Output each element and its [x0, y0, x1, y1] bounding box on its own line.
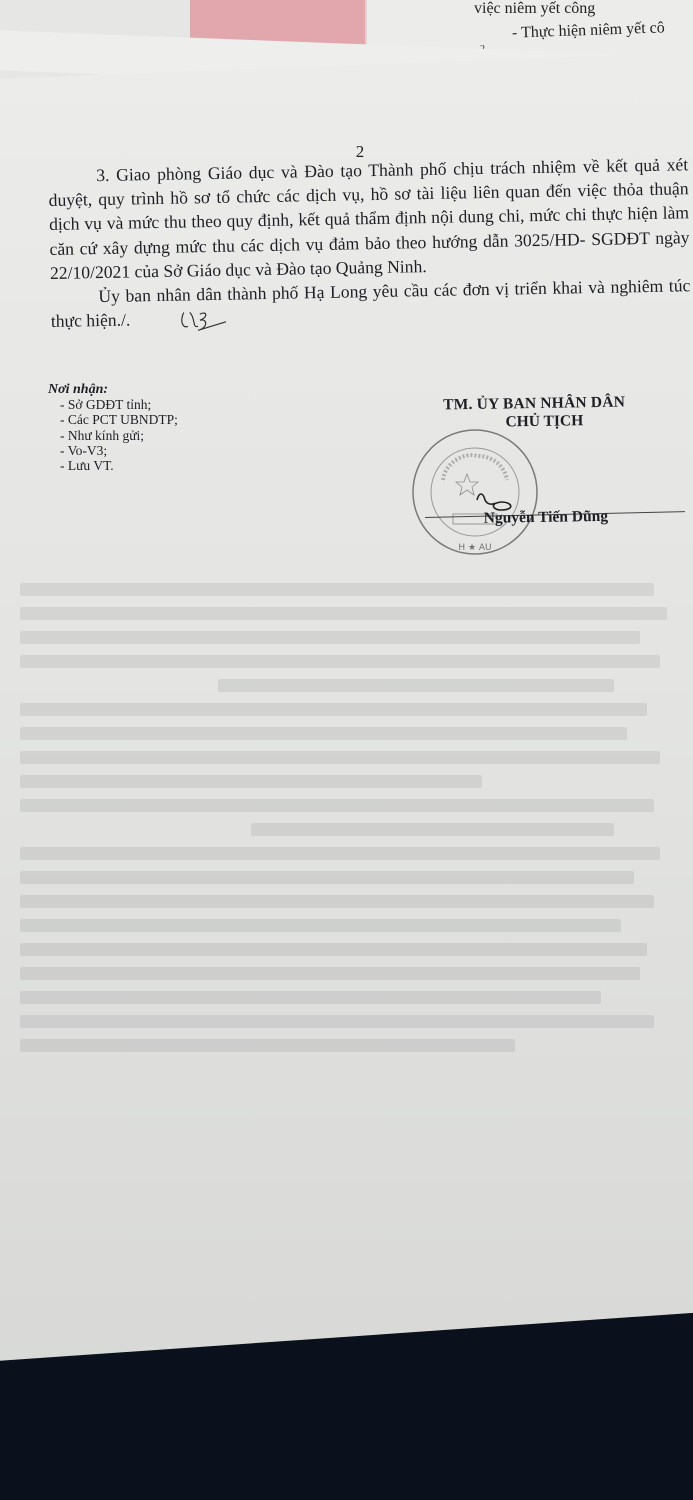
body-text: 3. Giao phòng Giáo dục và Đào tạo Thành … — [48, 152, 691, 335]
document-page: 2 3. Giao phòng Giáo dục và Đào tạo Thàn… — [0, 52, 693, 1382]
recipient-item: - Các PCT UBNDTP; — [48, 412, 178, 427]
closing-paragraph: Ủy ban nhân dân thành phố Hạ Long yêu cầ… — [50, 273, 691, 335]
initials-signature-icon — [130, 309, 180, 334]
recipients-title: Nơi nhận: — [48, 382, 178, 397]
signature-block: TM. ỦY BAN NHÂN DÂN CHỦ TỊCH Nguyễn Tiến… — [404, 393, 666, 529]
show-through-text — [20, 572, 680, 1192]
back-sheet-line: việc niêm yết công — [474, 0, 595, 18]
recipient-item: - Như kính gửi; — [48, 428, 178, 443]
svg-text:H ★ AU: H ★ AU — [458, 543, 491, 553]
recipients-list: Nơi nhận: - Sở GDĐT tỉnh; - Các PCT UBND… — [48, 382, 178, 473]
signatory-name: Nguyễn Tiến Dũng — [426, 507, 666, 529]
recipient-item: - Sở GDĐT tỉnh; — [48, 397, 178, 412]
paragraph-3: 3. Giao phòng Giáo dục và Đào tạo Thành … — [48, 152, 690, 285]
signature-title: CHỦ TỊCH — [424, 411, 664, 433]
recipient-item: - Lưu VT. — [48, 458, 178, 473]
recipient-item: - Vo-V3; — [48, 443, 178, 458]
paper-edge — [0, 1363, 693, 1383]
